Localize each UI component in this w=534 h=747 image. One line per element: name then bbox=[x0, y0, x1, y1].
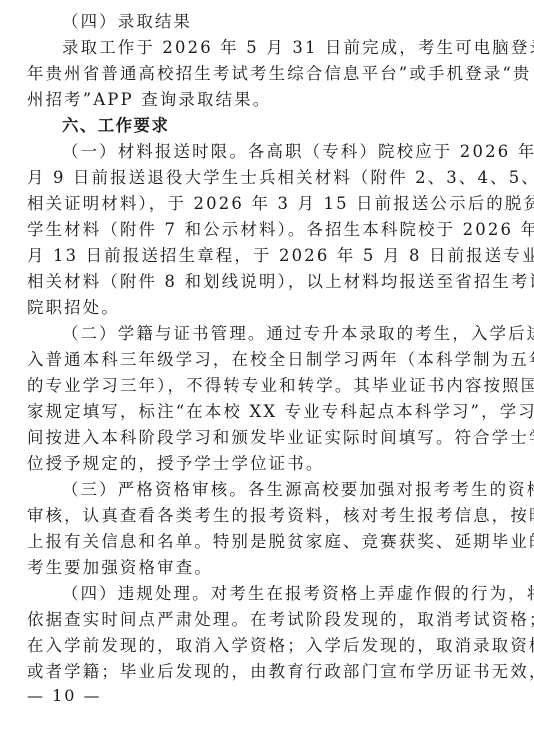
text-line: 相关材料（附件 8 和划线说明），以上材料均报送至省招生考试 bbox=[27, 272, 487, 292]
text-line: 或者学籍；毕业后发现的，由教育行政部门宣布学历证书无效， bbox=[27, 662, 487, 682]
text-line: 考生要加强资格审查。 bbox=[27, 558, 487, 578]
text-line: 月 13 日前报送招生章程，于 2026 年 5 月 8 日前报送专业课考试 bbox=[27, 246, 487, 266]
text-line: 上报有关信息和名单。特别是脱贫家庭、竞赛获奖、延期毕业的 bbox=[27, 532, 487, 552]
text-line: （四）违规处理。对考生在报考资格上弄虚作假的行为，将 bbox=[62, 584, 487, 604]
text-line: 学生材料（附件 7 和公示材料）。各招生本科院校于 2026 年 3 bbox=[27, 220, 487, 240]
text-line: 录取工作于 2026 年 5 月 31 日前完成，考生可电脑登录“2026 bbox=[62, 38, 487, 58]
text-line: （二）学籍与证书管理。通过专升本录取的考生，入学后进 bbox=[62, 324, 487, 344]
text-line: 州招考”APP 查询录取结果。 bbox=[27, 90, 487, 110]
subsection-heading: （四）录取结果 bbox=[62, 12, 487, 32]
text-line: （一）材料报送时限。各高职（专科）院校应于 2026 年 3 bbox=[62, 142, 487, 162]
text-line: 依据查实时间点严肃处理。在考试阶段发现的，取消考试资格； bbox=[27, 610, 487, 630]
section-heading: 六、工作要求 bbox=[62, 116, 487, 136]
text-line: 入普通本科三年级学习，在校全日制学习两年（本科学制为五年 bbox=[27, 350, 487, 370]
text-line: 在入学前发现的，取消入学资格；入学后发现的，取消录取资格 bbox=[27, 636, 487, 656]
text-line: 院职招处。 bbox=[27, 298, 487, 318]
text-line: 年贵州省普通高校招生考试考生综合信息平台”或手机登录“贵 bbox=[27, 64, 487, 84]
text-line: 间按进入本科阶段学习和颁发毕业证实际时间填写。符合学士学 bbox=[27, 428, 487, 448]
text-line: 审核，认真查看各类考生的报考资料，核对考生报考信息，按时 bbox=[27, 506, 487, 526]
text-line: （三）严格资格审核。各生源高校要加强对报考考生的资格 bbox=[62, 480, 487, 500]
text-line: 位授予规定的，授予学士学位证书。 bbox=[27, 454, 487, 474]
page-number: — 10 — bbox=[27, 686, 102, 705]
text-line: 相关证明材料），于 2026 年 3 月 15 日前报送公示后的脱贫家庭 bbox=[27, 194, 487, 214]
text-line: 的专业学习三年），不得转专业和转学。其毕业证书内容按照国 bbox=[27, 376, 487, 396]
text-line: 月 9 日前报送退役大学生士兵相关材料（附件 2、3、4、5、6 及 bbox=[27, 168, 487, 188]
document-page: （四）录取结果录取工作于 2026 年 5 月 31 日前完成，考生可电脑登录“… bbox=[0, 0, 534, 747]
text-line: 家规定填写，标注“在本校 XX 专业专科起点本科学习”，学习时 bbox=[27, 402, 487, 422]
